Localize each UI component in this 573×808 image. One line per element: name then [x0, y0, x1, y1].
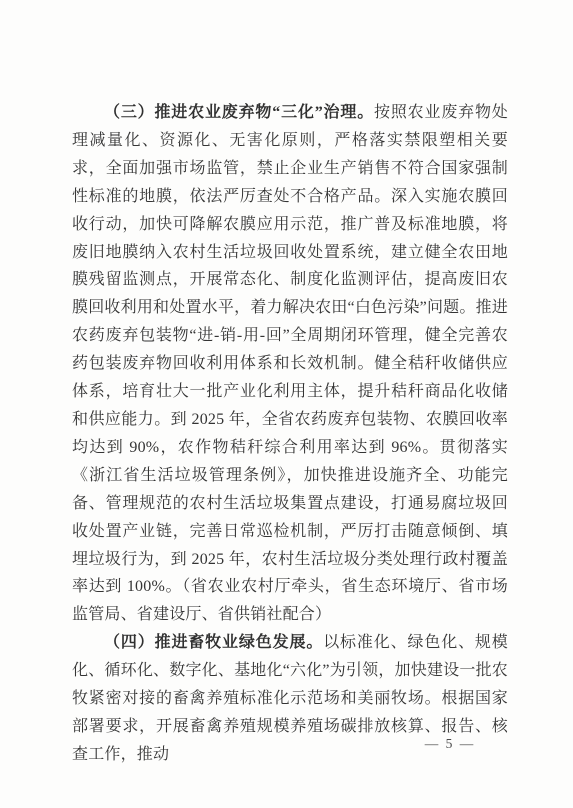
paragraph-body: 按照农业废弃物处理减量化、资源化、无害化原则，严格落实禁限塑相关要求，全面加强市…	[72, 104, 508, 623]
document-page: （三）推进农业废弃物“三化”治理。按照农业废弃物处理减量化、资源化、无害化原则，…	[0, 0, 573, 808]
paragraph-heading: （四）推进畜牧业绿色发展。	[104, 634, 323, 651]
paragraph-heading: （三）推进农业废弃物“三化”治理。	[104, 104, 374, 121]
page-number: — 5 —	[425, 736, 476, 751]
document-text-block: （三）推进农业废弃物“三化”治理。按照农业废弃物处理减量化、资源化、无害化原则，…	[72, 99, 508, 769]
page-footer: — 5 —	[420, 735, 480, 753]
paragraph-waste-treatment: （三）推进农业废弃物“三化”治理。按照农业废弃物处理减量化、资源化、无害化原则，…	[72, 99, 508, 629]
